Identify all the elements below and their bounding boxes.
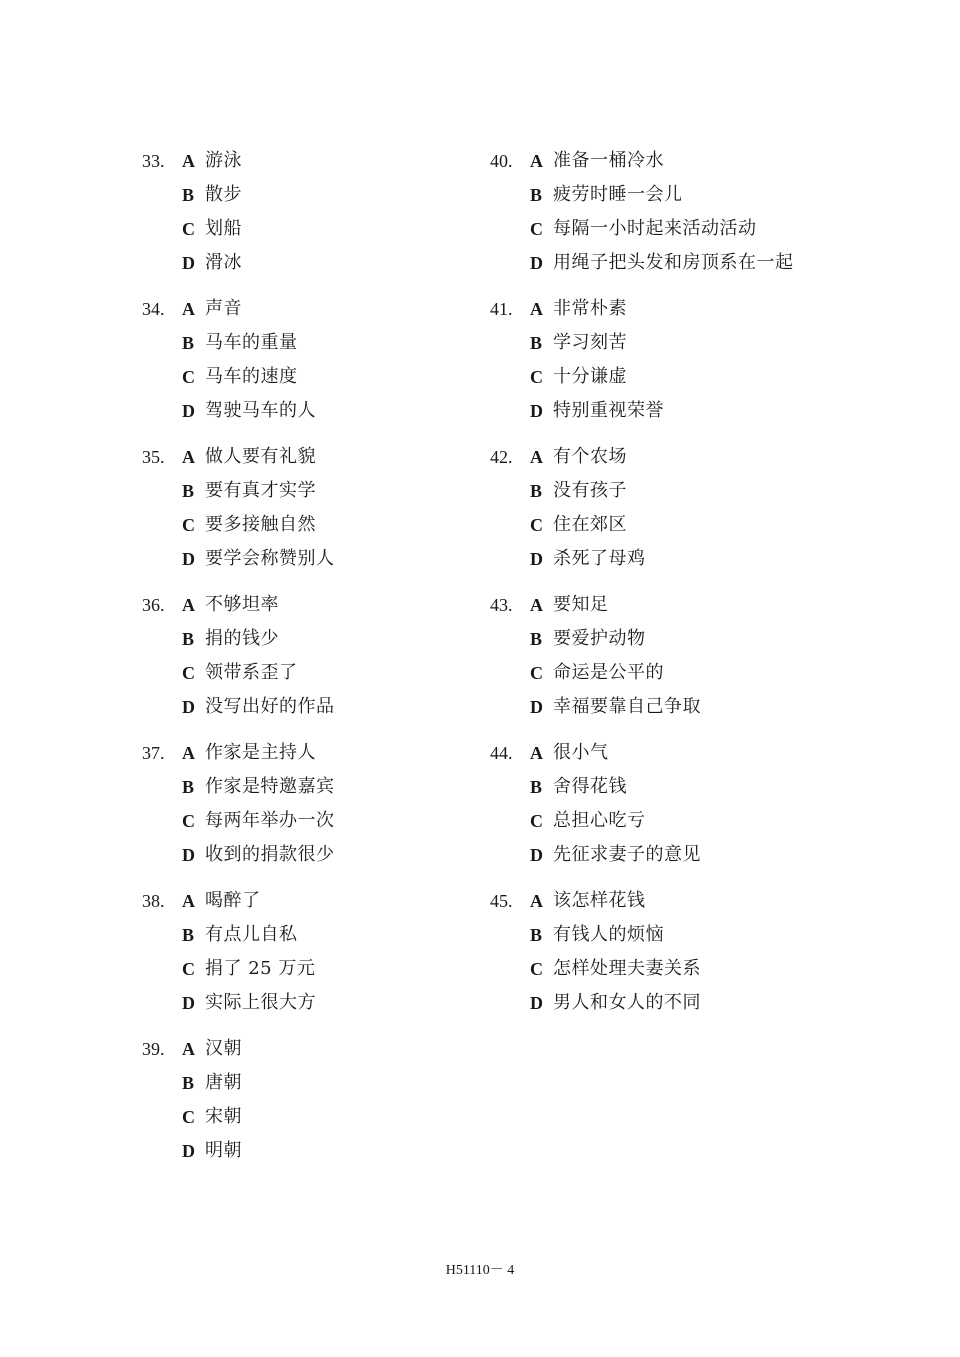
option-text: 先征求妻子的意见 [553,838,701,872]
option-letter: D [530,986,553,1020]
answer-option[interactable]: B有钱人的烦恼 [490,918,794,952]
answer-option[interactable]: B疲劳时睡一会儿 [490,178,794,212]
answer-option[interactable]: C命运是公平的 [490,656,794,690]
answer-option[interactable]: 44.A很小气 [490,736,794,770]
option-letter: B [530,474,553,508]
option-text: 唐朝 [205,1066,242,1100]
answer-option[interactable]: C宋朝 [142,1100,335,1134]
option-text: 划船 [205,212,242,246]
answer-option[interactable]: C怎样处理夫妻关系 [490,952,794,986]
question-number: 38. [142,884,182,918]
answer-option[interactable]: B要有真才实学 [142,474,335,508]
answer-option[interactable]: B唐朝 [142,1066,335,1100]
option-text: 很小气 [553,736,609,770]
option-letter: D [530,394,553,428]
question-33: 33.A游泳B散步C划船D滑冰 [142,144,335,280]
option-text: 怎样处理夫妻关系 [553,952,701,986]
option-letter: D [182,986,205,1020]
answer-option[interactable]: 35.A做人要有礼貌 [142,440,335,474]
answer-option[interactable]: 43.A要知足 [490,588,794,622]
option-text: 驾驶马车的人 [205,394,316,428]
option-letter: C [182,804,205,838]
option-letter: B [182,326,205,360]
question-number: 34. [142,292,182,326]
option-letter: B [530,326,553,360]
answer-option[interactable]: D明朝 [142,1134,335,1168]
left-question-column: 33.A游泳B散步C划船D滑冰34.A声音B马车的重量C马车的速度D驾驶马车的人… [142,144,335,1180]
answer-option[interactable]: 36.A不够坦率 [142,588,335,622]
option-text: 男人和女人的不同 [553,986,701,1020]
answer-option[interactable]: C捐了 25 万元 [142,952,335,986]
answer-option[interactable]: B没有孩子 [490,474,794,508]
option-letter: B [530,770,553,804]
option-letter: A [530,144,553,178]
page-footer: H51110－ 4 [0,1259,960,1279]
question-40: 40.A准备一桶冷水B疲劳时睡一会儿C每隔一小时起来活动活动D用绳子把头发和房顶… [490,144,794,280]
answer-option[interactable]: D驾驶马车的人 [142,394,335,428]
answer-option[interactable]: C十分谦虚 [490,360,794,394]
answer-option[interactable]: B马车的重量 [142,326,335,360]
answer-option[interactable]: D幸福要靠自己争取 [490,690,794,724]
question-37: 37.A作家是主持人B作家是特邀嘉宾C每两年举办一次D收到的捐款很少 [142,736,335,872]
question-number: 44. [490,736,530,770]
answer-option[interactable]: C领带系歪了 [142,656,335,690]
option-text: 明朝 [205,1134,242,1168]
option-letter: D [182,1134,205,1168]
option-letter: A [530,588,553,622]
question-number: 36. [142,588,182,622]
option-text: 幸福要靠自己争取 [553,690,701,724]
question-number: 39. [142,1032,182,1066]
answer-option[interactable]: B作家是特邀嘉宾 [142,770,335,804]
option-text: 该怎样花钱 [553,884,646,918]
answer-option[interactable]: D滑冰 [142,246,335,280]
question-35: 35.A做人要有礼貌B要有真才实学C要多接触自然D要学会称赞别人 [142,440,335,576]
option-text: 命运是公平的 [553,656,664,690]
question-number: 35. [142,440,182,474]
option-letter: B [182,770,205,804]
question-36: 36.A不够坦率B捐的钱少C领带系歪了D没写出好的作品 [142,588,335,724]
option-letter: D [182,690,205,724]
question-42: 42.A有个农场B没有孩子C住在郊区D杀死了母鸡 [490,440,794,576]
question-number: 41. [490,292,530,326]
option-text: 要有真才实学 [205,474,316,508]
option-text: 每隔一小时起来活动活动 [553,212,757,246]
answer-option[interactable]: B学习刻苦 [490,326,794,360]
option-text: 十分谦虚 [553,360,627,394]
question-38: 38.A喝醉了B有点儿自私C捐了 25 万元D实际上很大方 [142,884,335,1020]
option-text: 有钱人的烦恼 [553,918,664,952]
option-letter: B [182,622,205,656]
option-text: 捐的钱少 [205,622,279,656]
answer-option[interactable]: 45.A该怎样花钱 [490,884,794,918]
option-letter: B [182,178,205,212]
option-text: 要知足 [553,588,609,622]
option-letter: C [530,804,553,838]
option-text: 没有孩子 [553,474,627,508]
answer-option[interactable]: D男人和女人的不同 [490,986,794,1020]
option-letter: C [530,952,553,986]
option-letter: D [182,838,205,872]
answer-option[interactable]: 42.A有个农场 [490,440,794,474]
option-letter: C [530,656,553,690]
option-text: 有个农场 [553,440,627,474]
option-text: 喝醉了 [205,884,261,918]
option-text: 要爱护动物 [553,622,646,656]
answer-option[interactable]: D特别重视荣誉 [490,394,794,428]
option-text: 疲劳时睡一会儿 [553,178,683,212]
question-number: 45. [490,884,530,918]
option-text: 住在郊区 [553,508,627,542]
option-letter: A [182,884,205,918]
answer-option[interactable]: D要学会称赞别人 [142,542,335,576]
answer-option[interactable]: 39.A汉朝 [142,1032,335,1066]
option-text: 准备一桶冷水 [553,144,664,178]
option-letter: C [182,212,205,246]
option-text: 学习刻苦 [553,326,627,360]
option-letter: A [182,1032,205,1066]
question-44: 44.A很小气B舍得花钱C总担心吃亏D先征求妻子的意见 [490,736,794,872]
option-text: 做人要有礼貌 [205,440,316,474]
option-letter: C [182,508,205,542]
answer-option[interactable]: D收到的捐款很少 [142,838,335,872]
answer-option[interactable]: B舍得花钱 [490,770,794,804]
option-text: 游泳 [205,144,242,178]
answer-option[interactable]: C总担心吃亏 [490,804,794,838]
option-letter: B [530,622,553,656]
option-letter: A [530,736,553,770]
option-letter: D [530,246,553,280]
option-letter: A [182,736,205,770]
answer-option[interactable]: 41.A非常朴素 [490,292,794,326]
option-text: 作家是特邀嘉宾 [205,770,335,804]
option-letter: B [530,918,553,952]
option-text: 收到的捐款很少 [205,838,335,872]
answer-option[interactable]: D杀死了母鸡 [490,542,794,576]
question-34: 34.A声音B马车的重量C马车的速度D驾驶马车的人 [142,292,335,428]
question-number: 33. [142,144,182,178]
option-letter: C [182,952,205,986]
option-letter: C [182,1100,205,1134]
option-text: 要学会称赞别人 [205,542,335,576]
option-letter: A [530,440,553,474]
option-letter: A [530,884,553,918]
answer-option[interactable]: C每隔一小时起来活动活动 [490,212,794,246]
answer-option[interactable]: D用绳子把头发和房顶系在一起 [490,246,794,280]
answer-option[interactable]: D没写出好的作品 [142,690,335,724]
question-45: 45.A该怎样花钱B有钱人的烦恼C怎样处理夫妻关系D男人和女人的不同 [490,884,794,1020]
question-number: 42. [490,440,530,474]
answer-option[interactable]: D先征求妻子的意见 [490,838,794,872]
option-text: 有点儿自私 [205,918,298,952]
option-text: 实际上很大方 [205,986,316,1020]
question-number: 40. [490,144,530,178]
option-text: 杀死了母鸡 [553,542,646,576]
answer-option[interactable]: B有点儿自私 [142,918,335,952]
option-letter: C [530,508,553,542]
option-letter: A [182,588,205,622]
option-letter: A [530,292,553,326]
answer-option[interactable]: B散步 [142,178,335,212]
option-text: 滑冰 [205,246,242,280]
option-letter: B [182,1066,205,1100]
right-question-column: 40.A准备一桶冷水B疲劳时睡一会儿C每隔一小时起来活动活动D用绳子把头发和房顶… [490,144,794,1032]
answer-option[interactable]: B要爱护动物 [490,622,794,656]
question-41: 41.A非常朴素B学习刻苦C十分谦虚D特别重视荣誉 [490,292,794,428]
answer-option[interactable]: C要多接触自然 [142,508,335,542]
option-letter: D [182,394,205,428]
option-text: 散步 [205,178,242,212]
answer-option[interactable]: 34.A声音 [142,292,335,326]
option-letter: C [530,360,553,394]
option-letter: D [182,542,205,576]
answer-option[interactable]: 40.A准备一桶冷水 [490,144,794,178]
option-text: 不够坦率 [205,588,279,622]
option-text: 马车的速度 [205,360,298,394]
answer-option[interactable]: B捐的钱少 [142,622,335,656]
option-text: 每两年举办一次 [205,804,335,838]
answer-option[interactable]: C马车的速度 [142,360,335,394]
option-letter: A [182,440,205,474]
option-letter: C [530,212,553,246]
question-39: 39.A汉朝B唐朝C宋朝D明朝 [142,1032,335,1168]
option-text: 非常朴素 [553,292,627,326]
option-letter: C [182,656,205,690]
option-text: 总担心吃亏 [553,804,646,838]
option-text: 领带系歪了 [205,656,298,690]
option-letter: A [182,292,205,326]
option-letter: D [530,542,553,576]
answer-option[interactable]: 37.A作家是主持人 [142,736,335,770]
option-text: 声音 [205,292,242,326]
option-text: 没写出好的作品 [205,690,335,724]
answer-option[interactable]: C划船 [142,212,335,246]
answer-option[interactable]: 33.A游泳 [142,144,335,178]
question-number: 43. [490,588,530,622]
option-text: 捐了 25 万元 [205,952,315,986]
option-letter: B [182,474,205,508]
option-letter: B [530,178,553,212]
answer-option[interactable]: C每两年举办一次 [142,804,335,838]
option-letter: D [182,246,205,280]
option-letter: D [530,838,553,872]
option-text: 马车的重量 [205,326,298,360]
option-letter: A [182,144,205,178]
option-text: 要多接触自然 [205,508,316,542]
answer-option[interactable]: C住在郊区 [490,508,794,542]
option-text: 宋朝 [205,1100,242,1134]
question-number: 37. [142,736,182,770]
option-text: 汉朝 [205,1032,242,1066]
option-text: 作家是主持人 [205,736,316,770]
option-letter: B [182,918,205,952]
option-letter: D [530,690,553,724]
option-letter: C [182,360,205,394]
option-text: 特别重视荣誉 [553,394,664,428]
answer-option[interactable]: 38.A喝醉了 [142,884,335,918]
question-43: 43.A要知足B要爱护动物C命运是公平的D幸福要靠自己争取 [490,588,794,724]
option-text: 用绳子把头发和房顶系在一起 [553,246,794,280]
answer-option[interactable]: D实际上很大方 [142,986,335,1020]
option-text: 舍得花钱 [553,770,627,804]
